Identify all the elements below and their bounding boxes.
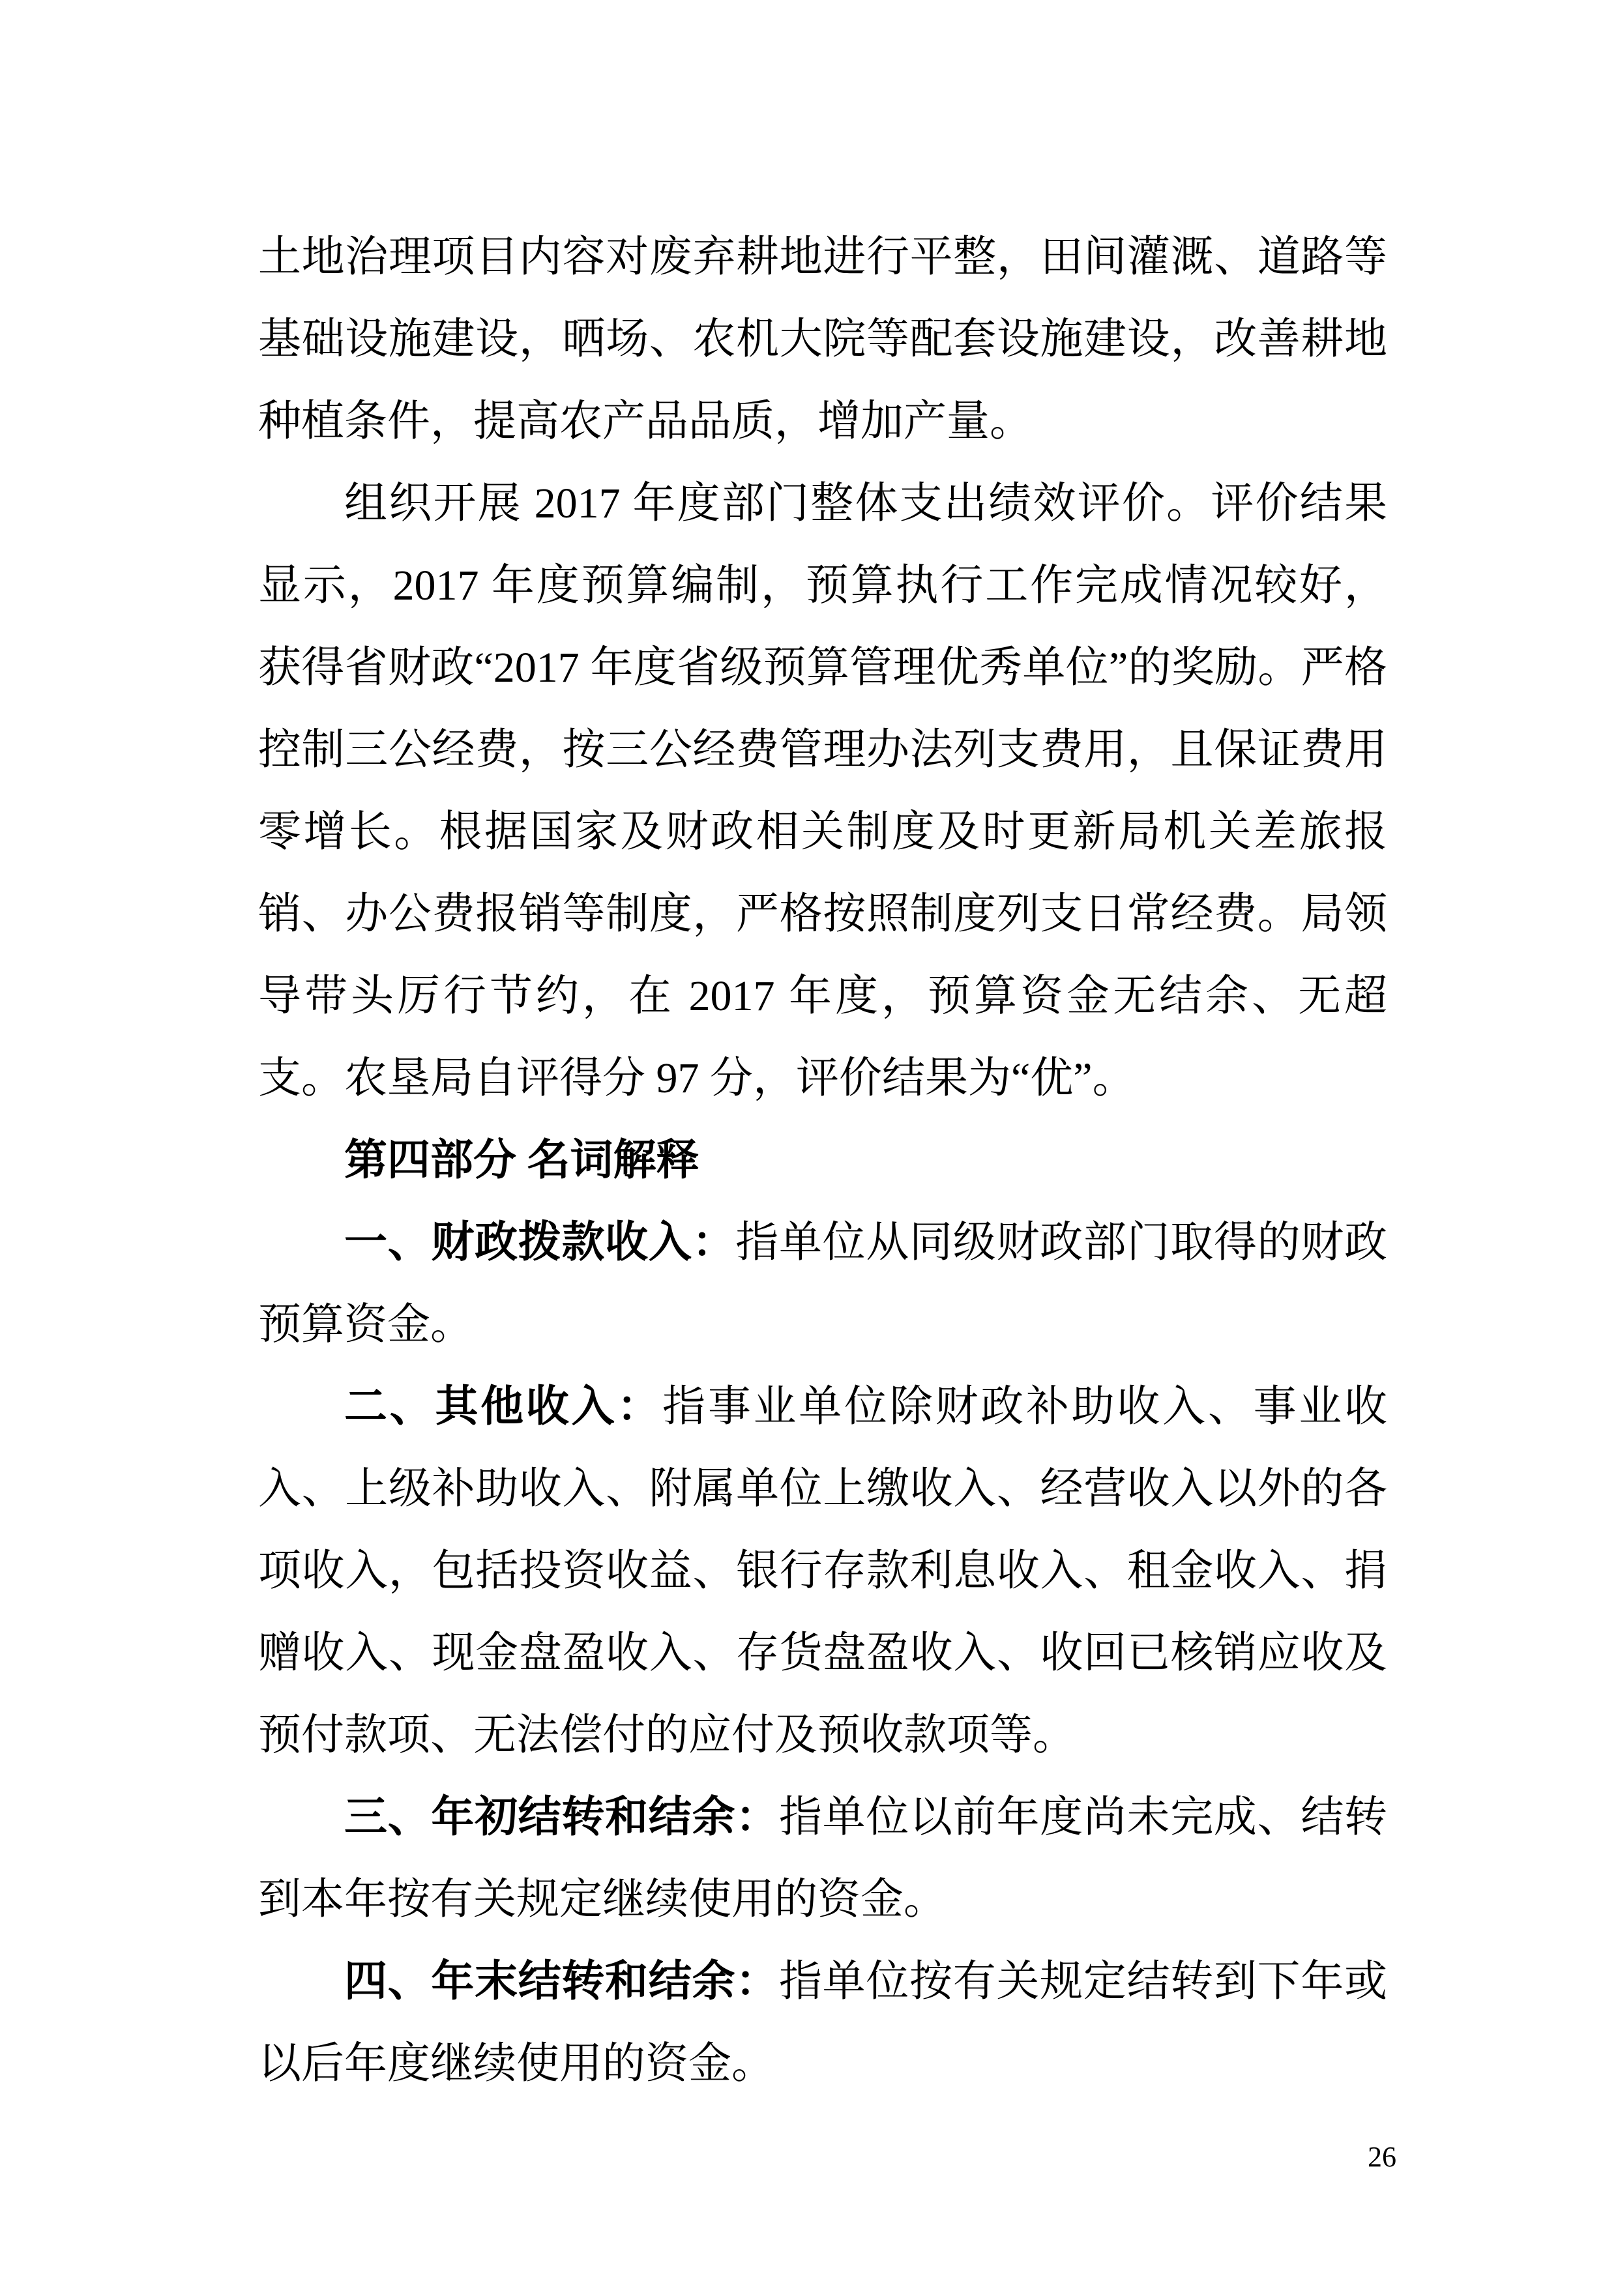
definition-fiscal-appropriation-income: 一、财政拨款收入：指单位从同级财政部门取得的财政预算资金。 [258, 1202, 1387, 1366]
page-content: 土地治理项目内容对废弃耕地进行平整，田间灌溉、道路等基础设施建设，晒场、农机大院… [258, 216, 1387, 2105]
paragraph-text: 土地治理项目内容对废弃耕地进行平整，田间灌溉、道路等基础设施建设，晒场、农机大院… [258, 233, 1387, 445]
definition-term: 二、其他收入： [344, 1383, 662, 1431]
paragraph-text: 组织开展 2017 年度部门整体支出绩效评价。评价结果显示，2017 年度预算编… [258, 480, 1387, 1102]
definition-description: 指事业单位除财政补助收入、事业收入、上级补助收入、附属单位上缴收入、经营收入以外… [258, 1383, 1387, 1759]
definition-beginning-of-year-carryover: 三、年初结转和结余：指单位以前年度尚未完成、结转到本年按有关规定继续使用的资金。 [258, 1777, 1387, 1941]
document-page: 土地治理项目内容对废弃耕地进行平整，田间灌溉、道路等基础设施建设，晒场、农机大院… [0, 0, 1618, 2296]
paragraph-land-project-continuation: 土地治理项目内容对废弃耕地进行平整，田间灌溉、道路等基础设施建设，晒场、农机大院… [258, 216, 1387, 463]
definition-term: 三、年初结转和结余： [344, 1794, 779, 1841]
page-number: 26 [1368, 2143, 1396, 2172]
section-heading-part4-glossary: 第四部分 名词解释 [258, 1120, 1387, 1202]
definition-term: 一、财政拨款收入： [344, 1219, 735, 1266]
definition-year-end-carryover: 四、年末结转和结余：指单位按有关规定结转到下年或以后年度继续使用的资金。 [258, 1941, 1387, 2105]
definition-term: 四、年末结转和结余： [344, 1958, 779, 2005]
paragraph-performance-evaluation: 组织开展 2017 年度部门整体支出绩效评价。评价结果显示，2017 年度预算编… [258, 463, 1387, 1120]
definition-other-income: 二、其他收入：指事业单位除财政补助收入、事业收入、上级补助收入、附属单位上缴收入… [258, 1366, 1387, 1777]
heading-text: 第四部分 名词解释 [344, 1137, 699, 1184]
